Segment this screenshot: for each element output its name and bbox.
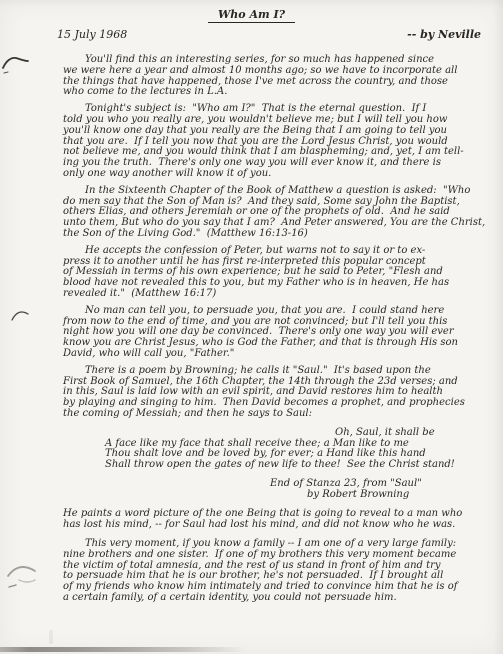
pen-arc-mark xyxy=(11,307,31,325)
poem-line: Oh, Saul, it shall be xyxy=(335,428,487,439)
date-line: 15 July 1968 xyxy=(57,28,127,41)
paragraph-8: This very moment, if you know a family -… xyxy=(63,539,487,604)
paragraph-5: No man can tell you, to persuade you, th… xyxy=(63,306,487,360)
text-line: a certain family, of a certain identity,… xyxy=(63,593,487,604)
document-page: Who Am I? 15 July 1968 -- by Neville You… xyxy=(0,0,503,654)
poem-attribution: End of Stanza 23, from "Saul" by Robert … xyxy=(63,479,487,501)
text-line: has lost his mind, -- for Saul had lost … xyxy=(63,520,487,531)
handwritten-flourish-mark xyxy=(2,52,30,78)
poem-block: Oh, Saul, it shall be A face like my fac… xyxy=(63,428,487,501)
text-line: revealed it." (Matthew 16:17) xyxy=(63,289,487,300)
paragraph-6: There is a poem by Browning; he calls it… xyxy=(63,366,487,420)
paragraph-3: In the Sixteenth Chapter of the Book of … xyxy=(63,186,487,240)
scan-edge-artifact xyxy=(0,647,246,652)
poem-attribution-line: by Robert Browning xyxy=(307,490,487,501)
text-line: the Son of the Living God." (Matthew 16:… xyxy=(63,229,487,240)
paragraph-4: He accepts the confession of Peter, but … xyxy=(63,246,487,300)
text-line: you'll know one day that you really are … xyxy=(63,126,487,137)
poem-line: Shall throw open the gates of new life t… xyxy=(105,460,487,471)
text-line: David, who will call you, "Father." xyxy=(63,349,487,360)
text-line: There is a poem by Browning; he calls it… xyxy=(63,366,487,377)
text-line: only one way another will know it of you… xyxy=(63,169,487,180)
text-line: No man can tell you, to persuade you, th… xyxy=(63,306,487,317)
paragraph-2: Tonight's subject is: "Who am I?" That i… xyxy=(63,104,487,180)
paragraph-1: You'll find this an interesting series, … xyxy=(63,55,487,98)
paragraph-7: He paints a word picture of the one Bein… xyxy=(63,509,487,531)
text-line: In the Sixteenth Chapter of the Book of … xyxy=(63,186,487,197)
document-body: You'll find this an interesting series, … xyxy=(63,51,487,604)
text-line: the coming of Messiah; and then he says … xyxy=(63,409,487,420)
byline: -- by Neville xyxy=(407,28,481,41)
pencil-arc-mark xyxy=(5,558,41,594)
text-line: we were here a year and almost 10 months… xyxy=(63,66,487,77)
text-line: who come to the lectures in L.A. xyxy=(63,87,487,98)
page-title: Who Am I? xyxy=(0,8,503,23)
text-line: He accepts the confession of Peter, but … xyxy=(63,246,487,257)
page-title-text: Who Am I? xyxy=(208,8,295,23)
scan-smudge xyxy=(49,630,53,644)
